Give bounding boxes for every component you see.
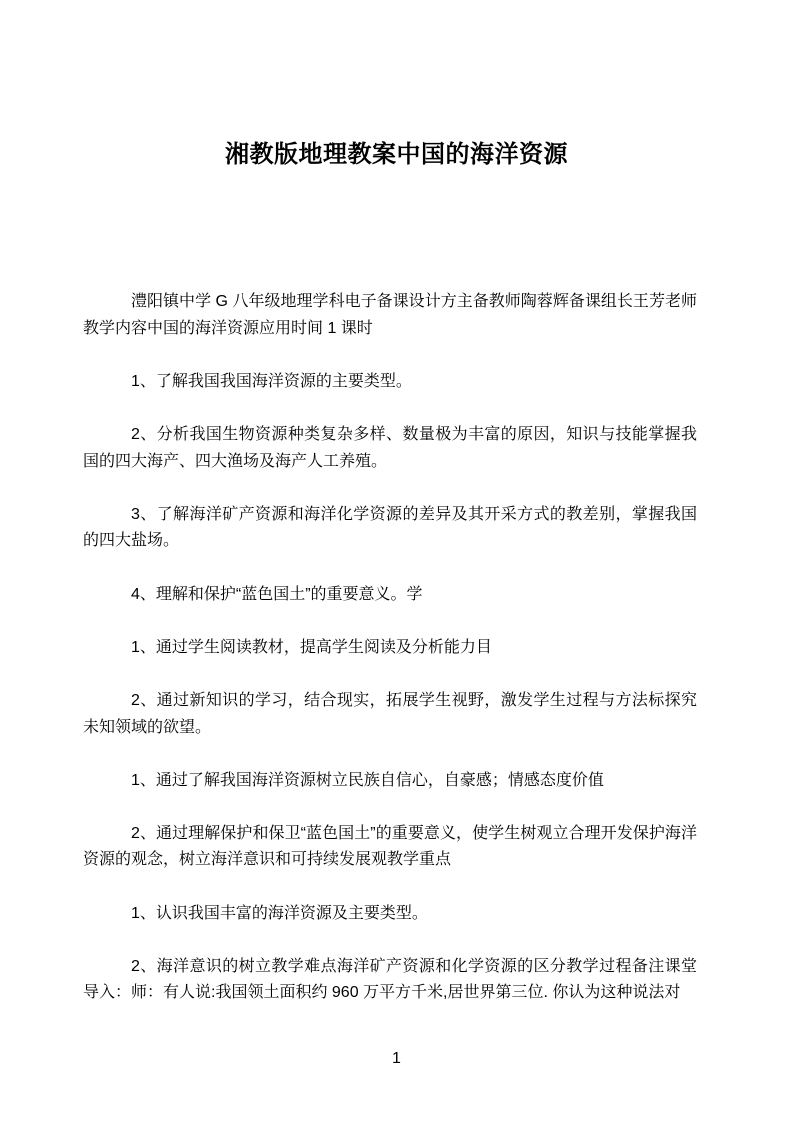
paragraph-emotion-2: 2、通过理解保护和保卫“蓝色国土”的重要意义，使学生树观立合理开发保护海洋资源的…: [83, 821, 697, 874]
paragraph-keypoint-2: 2、海洋意识的树立教学难点海洋矿产资源和化学资源的区分教学过程备注课堂导入：师：…: [83, 954, 697, 1007]
paragraph-ability-2: 2、通过新知识的学习，结合现实，拓展学生视野，激发学生过程与方法标探究未知领域的…: [83, 688, 697, 741]
paragraph-ability-1: 1、通过学生阅读教材，提高学生阅读及分析能力目: [83, 635, 697, 662]
document-page: 湘教版地理教案中国的海洋资源 澧阳镇中学 G 八年级地理学科电子备课设计方主备教…: [0, 0, 793, 1122]
document-title: 湘教版地理教案中国的海洋资源: [0, 139, 793, 171]
page-number: 1: [392, 1050, 401, 1067]
paragraph-objective-2: 2、分析我国生物资源种类复杂多样、数量极为丰富的原因，知识与技能掌握我国的四大海…: [83, 422, 697, 475]
paragraph-keypoint-1: 1、认识我国丰富的海洋资源及主要类型。: [83, 901, 697, 928]
paragraph-objective-3: 3、了解海洋矿产资源和海洋化学资源的差异及其开采方式的教差别，掌握我国的四大盐场…: [83, 502, 697, 555]
page-footer: 1: [0, 1049, 793, 1069]
paragraph-intro: 澧阳镇中学 G 八年级地理学科电子备课设计方主备教师陶蓉辉备课组长王芳老师教学内…: [83, 289, 697, 342]
paragraph-emotion-1: 1、通过了解我国海洋资源树立民族自信心，自豪感；情感态度价值: [83, 768, 697, 795]
paragraph-objective-1: 1、了解我国我国海洋资源的主要类型。: [83, 369, 697, 396]
document-body: 澧阳镇中学 G 八年级地理学科电子备课设计方主备教师陶蓉辉备课组长王芳老师教学内…: [83, 289, 697, 1034]
paragraph-objective-4: 4、理解和保护“蓝色国土”的重要意义。学: [83, 582, 697, 609]
